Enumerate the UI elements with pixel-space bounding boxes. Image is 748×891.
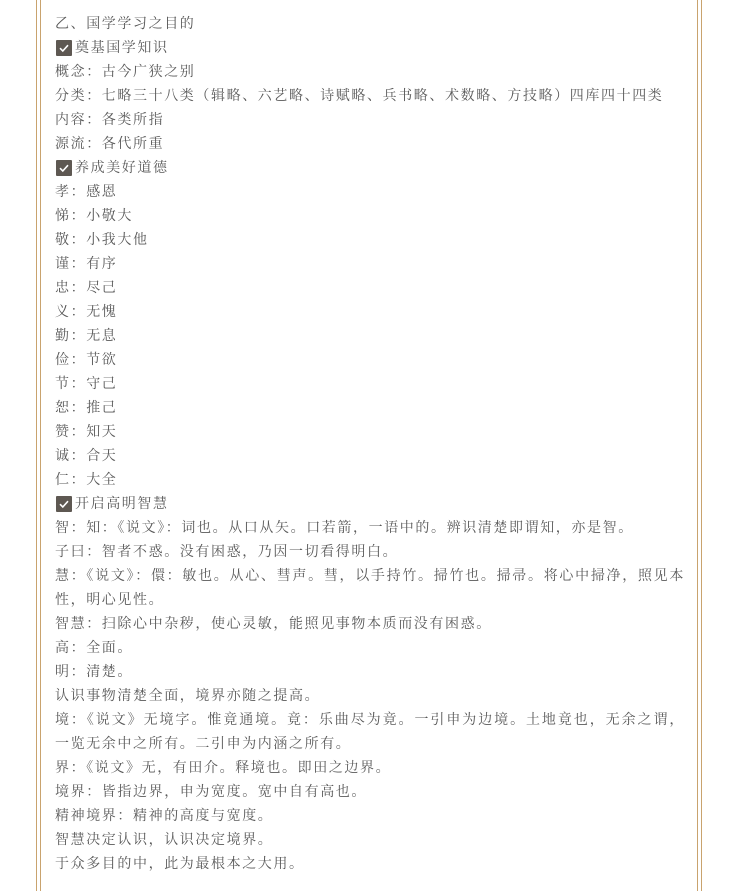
paragraph: 慧：《说文》：儇：敏也。从心、彗声。彗，以手持竹。掃竹也。掃帚。将心中掃净，照见… <box>55 564 685 612</box>
checkbox-checked-icon <box>56 496 72 512</box>
list-item: 恕：推己 <box>55 396 685 420</box>
list-item: 谨：有序 <box>55 252 685 276</box>
paragraph: 于众多目的中，此为最根本之大用。 <box>55 852 685 876</box>
list-item: 勤：无息 <box>55 324 685 348</box>
list-item: 赞：知天 <box>55 420 685 444</box>
paragraph: 智慧决定认识，认识决定境界。 <box>55 828 685 852</box>
paragraph: 精神境界：精神的高度与宽度。 <box>55 804 685 828</box>
list-item: 节：守己 <box>55 372 685 396</box>
heading-label: 奠基国学知识 <box>75 36 169 60</box>
list-item: 俭：节欲 <box>55 348 685 372</box>
list-item: 悌：小敬大 <box>55 204 685 228</box>
paragraph: 智：知：《说文》：词也。从口从矢。口若箭，一语中的。辨识清楚即谓知，亦是智。 <box>55 516 685 540</box>
section-title: 乙、国学学习之目的 <box>55 12 685 36</box>
heading-label: 开启高明智慧 <box>75 492 169 516</box>
checkbox-checked-icon <box>56 160 72 176</box>
paragraph: 认识事物清楚全面，境界亦随之提高。 <box>55 684 685 708</box>
paragraph: 子曰：智者不惑。没有困惑，乃因一切看得明白。 <box>55 540 685 564</box>
list-item: 诚：合天 <box>55 444 685 468</box>
list-item: 敬：小我大他 <box>55 228 685 252</box>
list-item: 概念：古今广狭之别 <box>55 60 685 84</box>
list-item: 分类：七略三十八类（辑略、六艺略、诗赋略、兵书略、术数略、方技略）四库四十四类 <box>55 84 685 108</box>
paragraph: 境：《说文》无境字。惟竟通境。竟：乐曲尽为竟。一引申为边境。土地竟也，无余之谓，… <box>55 708 685 756</box>
paragraph: 智慧：扫除心中杂秽，使心灵敏，能照见事物本质而没有困惑。 <box>55 612 685 636</box>
paragraph: 界：《说文》无，有田介。释境也。即田之边界。 <box>55 756 685 780</box>
list-item: 孝：感恩 <box>55 180 685 204</box>
list-item: 内容：各类所指 <box>55 108 685 132</box>
article-body: 乙、国学学习之目的 奠基国学知识 概念：古今广狭之别 分类：七略三十八类（辑略、… <box>55 12 685 876</box>
paragraph: 高：全面。 <box>55 636 685 660</box>
heading-label: 养成美好道德 <box>75 156 169 180</box>
section-heading-knowledge: 奠基国学知识 <box>55 36 685 60</box>
list-item: 仁：大全 <box>55 468 685 492</box>
list-item: 忠：尽己 <box>55 276 685 300</box>
section-heading-wisdom: 开启高明智慧 <box>55 492 685 516</box>
paragraph: 明：清楚。 <box>55 660 685 684</box>
list-item: 义：无愧 <box>55 300 685 324</box>
paragraph: 境界：皆指边界，申为宽度。宽中自有高也。 <box>55 780 685 804</box>
list-item: 源流：各代所重 <box>55 132 685 156</box>
checkbox-checked-icon <box>56 40 72 56</box>
section-heading-morality: 养成美好道德 <box>55 156 685 180</box>
